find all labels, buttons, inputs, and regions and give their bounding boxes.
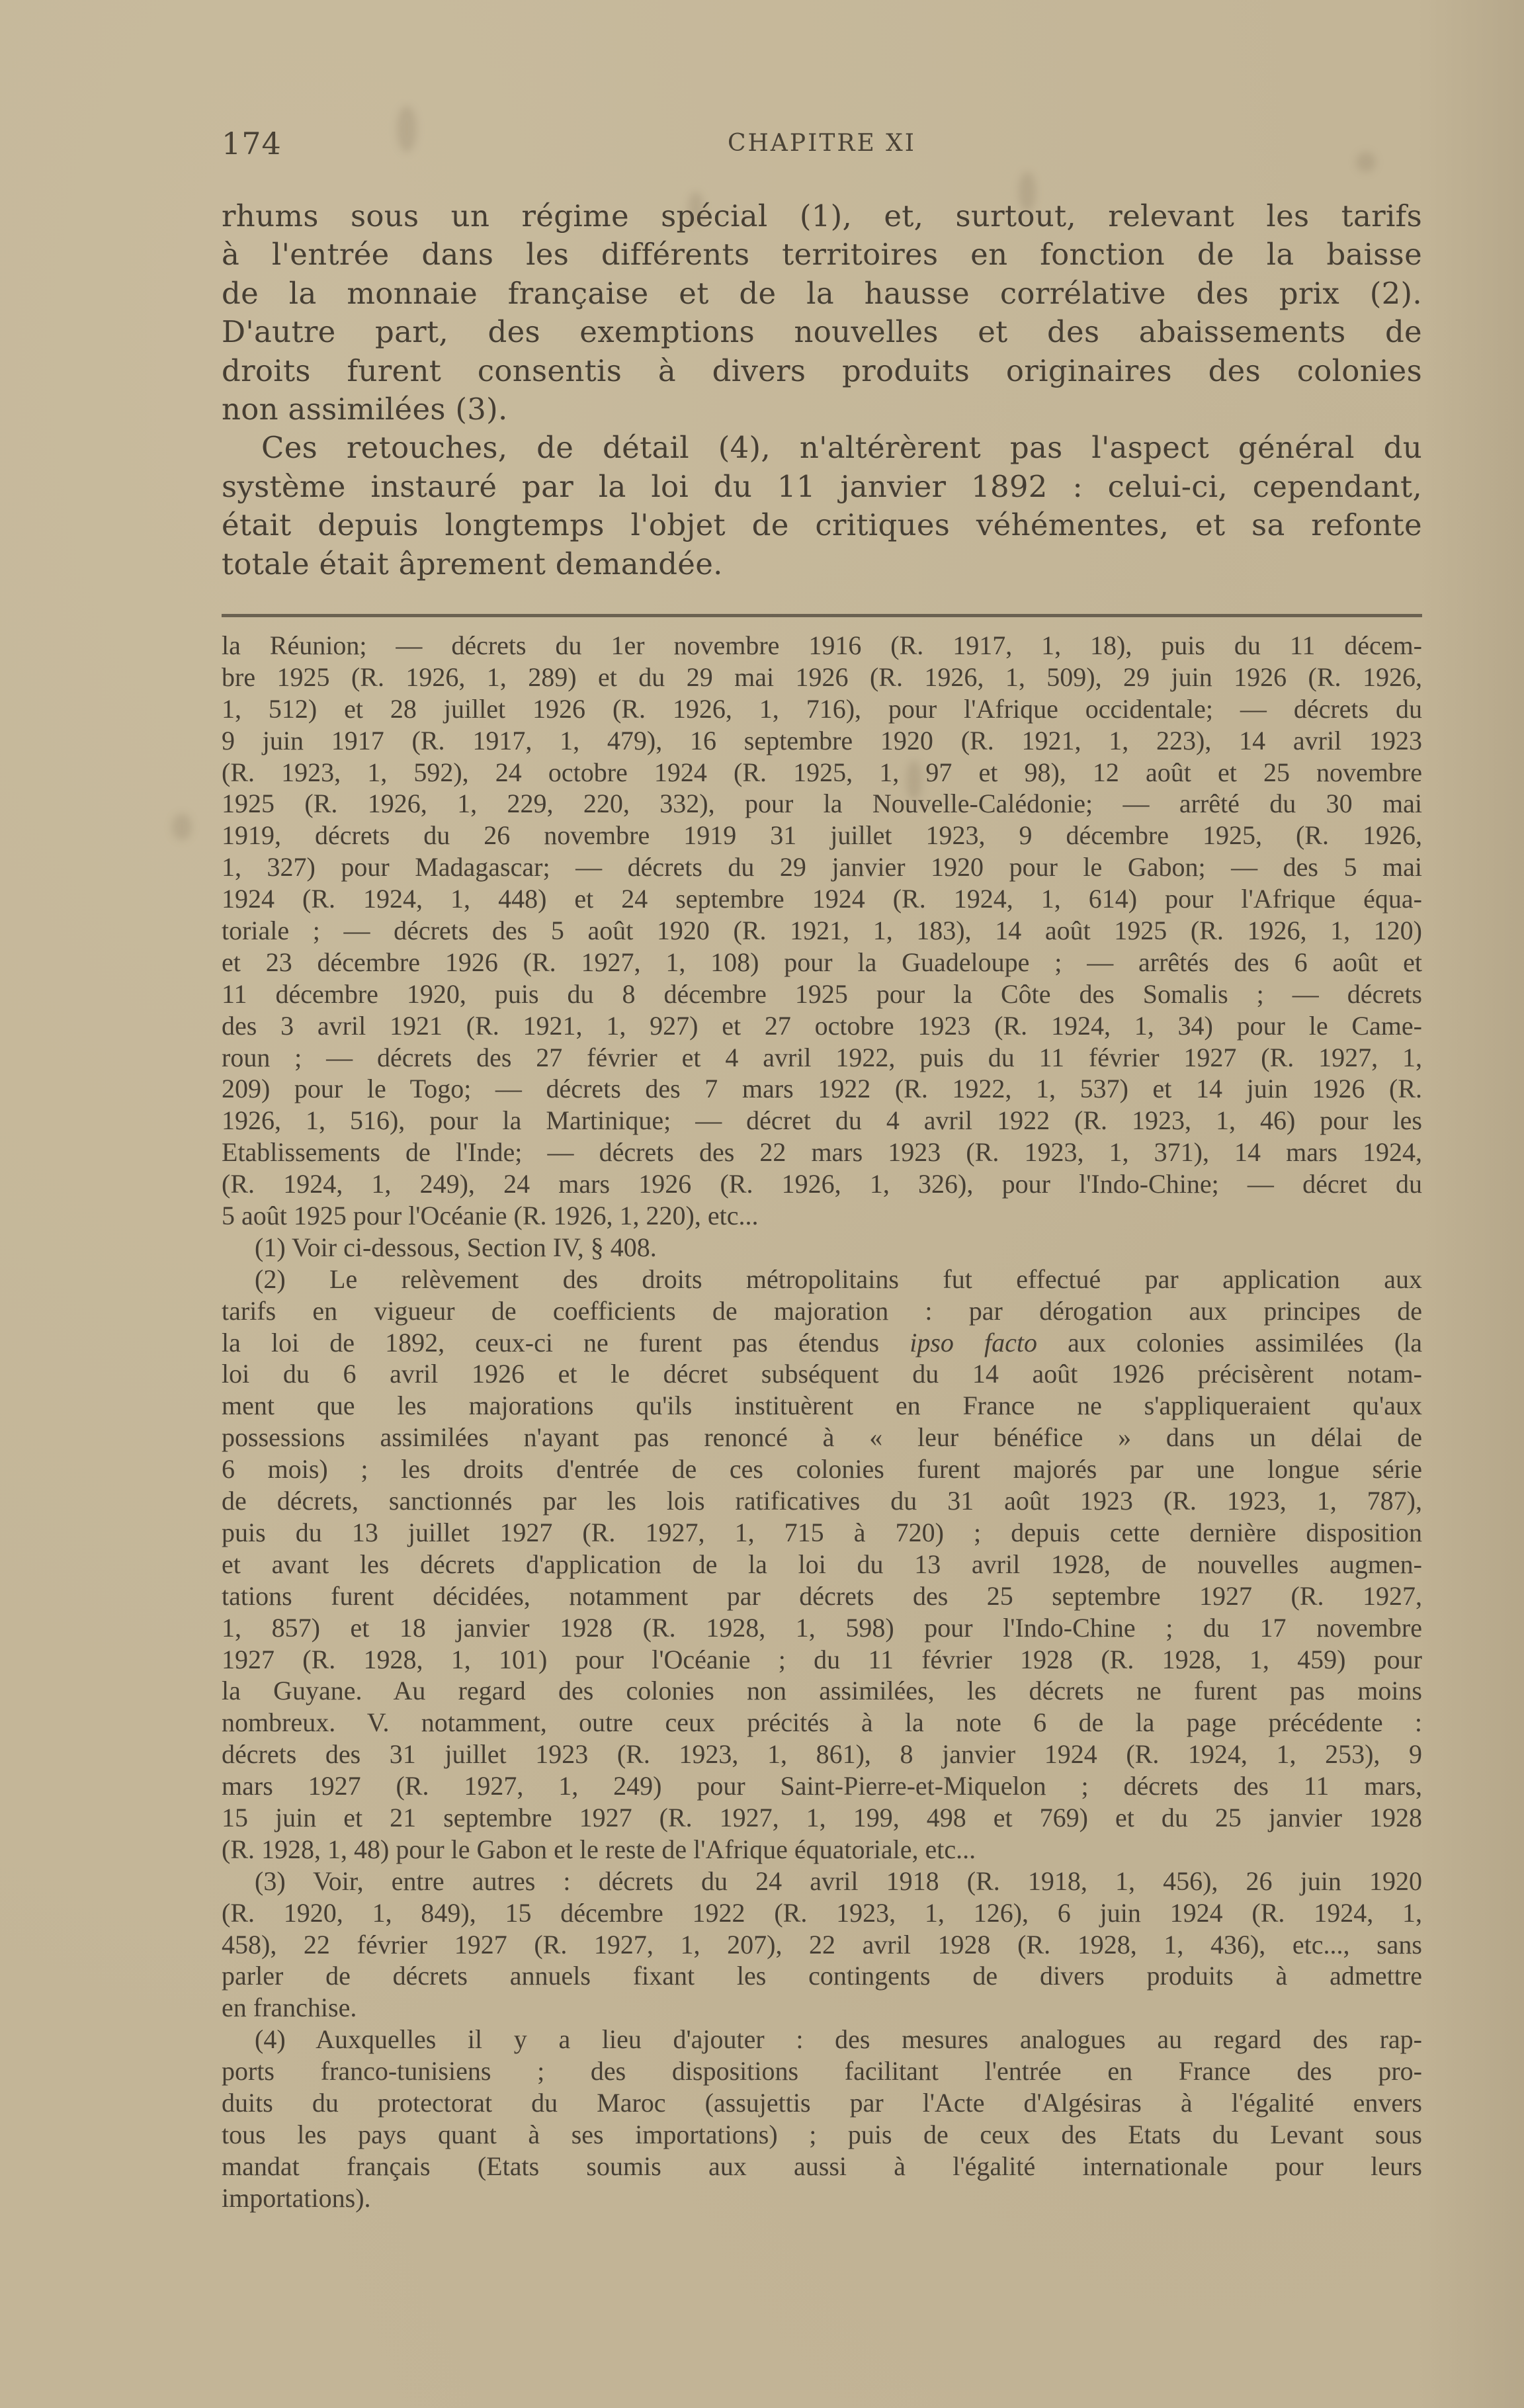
footnote-line: 6 mois) ; les droits d'entrée de ces col…: [222, 1453, 1422, 1485]
footnote-line: tarifs en vigueur de coefficients de maj…: [222, 1295, 1422, 1327]
footnote-line: tations furent décidées, notamment par d…: [222, 1580, 1422, 1612]
body-line: était depuis longtemps l'objet de critiq…: [222, 506, 1422, 544]
footnote-line: des 3 avril 1921 (R. 1921, 1, 927) et 27…: [222, 1010, 1422, 1042]
footnote-text: aux colonies assimilées (la: [1068, 1328, 1422, 1357]
body-line: Ces retouches, de détail (4), n'altérère…: [222, 429, 1422, 467]
footnote-line: 1925 (R. 1926, 1, 229, 220, 332), pour l…: [222, 788, 1422, 820]
footnote-line: la loi de 1892, ceux-ci ne furent pas ét…: [222, 1327, 1422, 1359]
footnote-line: 1, 512) et 28 juillet 1926 (R. 1926, 1, …: [222, 693, 1422, 725]
body-line: rhums sous un régime spécial (1), et, su…: [222, 197, 1422, 236]
footnote-1: (1) Voir ci-dessous, Section IV, § 408.: [222, 1232, 1422, 1264]
footnote-line: la Réunion; — décrets du 1er novembre 19…: [222, 630, 1422, 662]
body-line: de la monnaie française et de la hausse …: [222, 275, 1422, 313]
footnote-3: (3) Voir, entre autres : décrets du 24 a…: [222, 1866, 1422, 2024]
footnote-continuation: la Réunion; — décrets du 1er novembre 19…: [222, 630, 1422, 1232]
footnote-line: (3) Voir, entre autres : décrets du 24 a…: [222, 1866, 1422, 1897]
body-line: droits furent consentis à divers produit…: [222, 352, 1422, 390]
footnote-line: ment que les majorations qu'ils instituè…: [222, 1390, 1422, 1422]
footnote-line: Etablissements de l'Inde; — décrets des …: [222, 1137, 1422, 1168]
footnotes: la Réunion; — décrets du 1er novembre 19…: [222, 630, 1422, 2214]
footnote-line: 11 décembre 1920, puis du 8 décembre 192…: [222, 978, 1422, 1010]
footnote-line: nombreux. V. notamment, outre ceux préci…: [222, 1707, 1422, 1739]
footnote-line: décrets des 31 juillet 1923 (R. 1923, 1,…: [222, 1739, 1422, 1770]
footnote-line: possessions assimilées n'ayant pas renon…: [222, 1422, 1422, 1453]
body-line: système instauré par la loi du 11 janvie…: [222, 468, 1422, 506]
footnote-line: (2) Le relèvement des droits métropolita…: [222, 1264, 1422, 1295]
footnote-line: roun ; — décrets des 27 février et 4 avr…: [222, 1042, 1422, 1074]
italic-term: ipso facto: [910, 1328, 1037, 1357]
footnote-line: 15 juin et 21 septembre 1927 (R. 1927, 1…: [222, 1802, 1422, 1834]
footnote-line: et avant les décrets d'application de la…: [222, 1549, 1422, 1580]
footnote-line: (R. 1923, 1, 592), 24 octobre 1924 (R. 1…: [222, 757, 1422, 789]
footnote-line: importations).: [222, 2182, 1422, 2214]
running-head: 174 CHAPITRE XI: [222, 126, 1422, 165]
footnote-line: 1919, décrets du 26 novembre 1919 31 jui…: [222, 820, 1422, 851]
footnote-line: mandat français (Etats soumis aux aussi …: [222, 2151, 1422, 2182]
footnote-text: la loi de 1892, ceux-ci ne furent pas ét…: [222, 1328, 879, 1357]
footnote-line: tous les pays quant à ses importations) …: [222, 2119, 1422, 2151]
footnote-line: (R. 1920, 1, 849), 15 décembre 1922 (R. …: [222, 1897, 1422, 1929]
footnote-line: (1) Voir ci-dessous, Section IV, § 408.: [222, 1232, 1422, 1264]
footnote-line: la Guyane. Au regard des colonies non as…: [222, 1675, 1422, 1707]
footnote-line: en franchise.: [222, 1992, 1422, 2024]
footnote-separator-rule: [222, 614, 1422, 617]
footnote-line: 209) pour le Togo; — décrets des 7 mars …: [222, 1073, 1422, 1105]
footnote-line: loi du 6 avril 1926 et le décret subséqu…: [222, 1358, 1422, 1390]
footnote-4: (4) Auxquelles il y a lieu d'ajouter : d…: [222, 2024, 1422, 2214]
footnote-line: mars 1927 (R. 1927, 1, 249) pour Saint-P…: [222, 1770, 1422, 1802]
body-line: non assimilées (3).: [222, 390, 1422, 429]
footnote-line: (R. 1928, 1, 48) pour le Gabon et le res…: [222, 1834, 1422, 1866]
footnote-line: 5 août 1925 pour l'Océanie (R. 1926, 1, …: [222, 1200, 1422, 1232]
footnote-line: (R. 1924, 1, 249), 24 mars 1926 (R. 1926…: [222, 1168, 1422, 1200]
footnote-line: parler de décrets annuels fixant les con…: [222, 1960, 1422, 1992]
body-text: rhums sous un régime spécial (1), et, su…: [222, 197, 1422, 583]
footnote-line: et 23 décembre 1926 (R. 1927, 1, 108) po…: [222, 947, 1422, 978]
footnote-2: (2) Le relèvement des droits métropolita…: [222, 1264, 1422, 1866]
body-line: D'autre part, des exemptions nouvelles e…: [222, 313, 1422, 351]
footnote-line: 458), 22 février 1927 (R. 1927, 1, 207),…: [222, 1929, 1422, 1961]
footnote-line: toriale ; — décrets des 5 août 1920 (R. …: [222, 915, 1422, 947]
footnote-line: 1926, 1, 516), pour la Martinique; — déc…: [222, 1105, 1422, 1137]
footnote-line: 9 juin 1917 (R. 1917, 1, 479), 16 septem…: [222, 725, 1422, 757]
footnote-line: de décrets, sanctionnés par les lois rat…: [222, 1485, 1422, 1517]
chapter-title: CHAPITRE XI: [222, 130, 1422, 157]
body-line: à l'entrée dans les différents territoir…: [222, 236, 1422, 274]
footnote-line: 1, 857) et 18 janvier 1928 (R. 1928, 1, …: [222, 1612, 1422, 1644]
footnote-line: puis du 13 juillet 1927 (R. 1927, 1, 715…: [222, 1517, 1422, 1549]
body-line: totale était âprement demandée.: [222, 545, 1422, 583]
footnote-line: 1924 (R. 1924, 1, 448) et 24 septembre 1…: [222, 883, 1422, 915]
footnote-line: duits du protectorat du Maroc (assujetti…: [222, 2087, 1422, 2119]
footnote-line: (4) Auxquelles il y a lieu d'ajouter : d…: [222, 2024, 1422, 2055]
footnote-line: bre 1925 (R. 1926, 1, 289) et du 29 mai …: [222, 662, 1422, 693]
paper-stain: [172, 814, 192, 840]
footnote-line: 1927 (R. 1928, 1, 101) pour l'Océanie ; …: [222, 1644, 1422, 1676]
footnote-line: 1, 327) pour Madagascar; — décrets du 29…: [222, 851, 1422, 883]
footnote-line: ports franco-tunisiens ; des disposition…: [222, 2055, 1422, 2087]
